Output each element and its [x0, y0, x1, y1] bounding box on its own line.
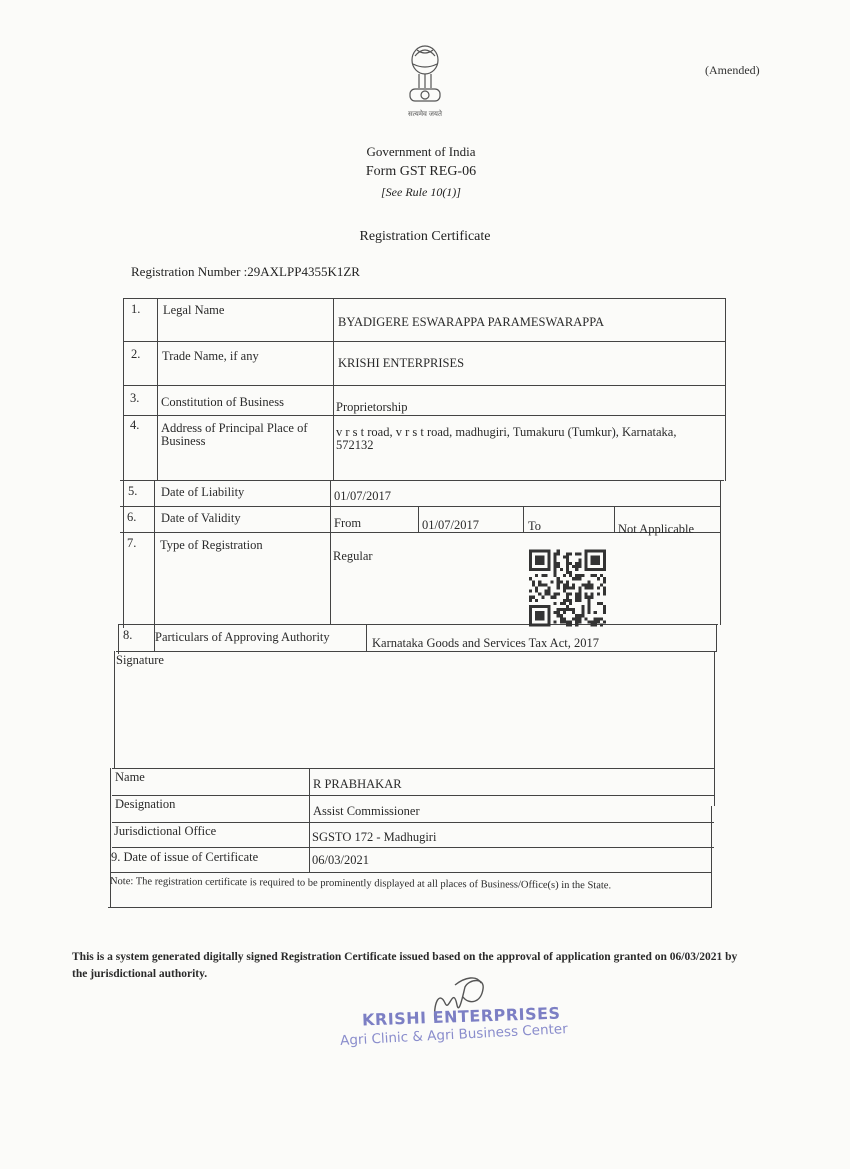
digital-signature-statement: This is a system generated digitally sig… [72, 949, 752, 983]
government-heading: Government of India [0, 144, 846, 160]
row-1-number: 1. [131, 302, 140, 317]
signature-label: Signature [116, 653, 164, 668]
legal-name-label: Legal Name [163, 303, 224, 318]
issue-date-label: 9. Date of issue of Certificate [111, 850, 258, 865]
jurisdictional-office-value: SGSTO 172 - Madhugiri [312, 830, 436, 845]
validity-label: Date of Validity [161, 511, 241, 526]
amended-label: (Amended) [705, 63, 760, 78]
constitution-value: Proprietorship [336, 400, 408, 415]
constitution-label: Constitution of Business [161, 395, 284, 410]
registration-number: Registration Number :29AXLPP4355K1ZR [131, 264, 360, 280]
registration-number-label: Registration Number : [131, 264, 247, 279]
registration-number-value: 29AXLPP4355K1ZR [247, 264, 360, 279]
row-3-number: 3. [130, 391, 139, 406]
address-label: Address of Principal Place of Business [161, 422, 326, 448]
validity-to-value: Not Applicable [618, 522, 694, 537]
registration-type-value: Regular [333, 549, 373, 564]
rule-reference: [See Rule 10(1)] [0, 185, 846, 200]
liability-value: 01/07/2017 [334, 489, 391, 504]
row-5-number: 5. [128, 484, 137, 499]
registration-type-label: Type of Registration [160, 538, 263, 553]
row-6-number: 6. [127, 510, 136, 525]
validity-to-label: To [528, 519, 541, 534]
signatory-name-value: R PRABHAKAR [313, 777, 402, 792]
row-4-number: 4. [130, 418, 139, 433]
designation-value: Assist Commissioner [313, 804, 420, 819]
row-7-number: 7. [127, 536, 136, 551]
approving-authority-label: Particulars of Approving Authority [155, 630, 330, 645]
qr-code-icon [529, 549, 606, 627]
address-value: v r s t road, v r s t road, madhugiri, T… [336, 426, 701, 452]
approving-authority-value: Karnataka Goods and Services Tax Act, 20… [372, 636, 599, 651]
svg-text:सत्यमेव जयते: सत्यमेव जयते [408, 109, 443, 118]
display-note: Note: The registration certificate is re… [110, 876, 611, 891]
form-title: Form GST REG-06 [0, 164, 846, 180]
validity-from-value: 01/07/2017 [422, 518, 479, 533]
row-8-number: 8. [123, 628, 132, 643]
certificate-title: Registration Certificate [0, 229, 850, 245]
row-2-number: 2. [131, 347, 140, 362]
ashoka-emblem-icon: सत्यमेव जयते [403, 42, 447, 120]
liability-label: Date of Liability [161, 485, 244, 500]
trade-name-value: KRISHI ENTERPRISES [338, 356, 464, 371]
validity-from-label: From [334, 516, 361, 531]
legal-name-value: BYADIGERE ESWARAPPA PARAMESWARAPPA [338, 315, 604, 330]
designation-label: Designation [115, 797, 175, 812]
trade-name-label: Trade Name, if any [162, 349, 259, 364]
signatory-name-label: Name [115, 770, 145, 785]
jurisdictional-office-label: Jurisdictional Office [114, 824, 216, 839]
issue-date-value: 06/03/2021 [312, 853, 369, 868]
